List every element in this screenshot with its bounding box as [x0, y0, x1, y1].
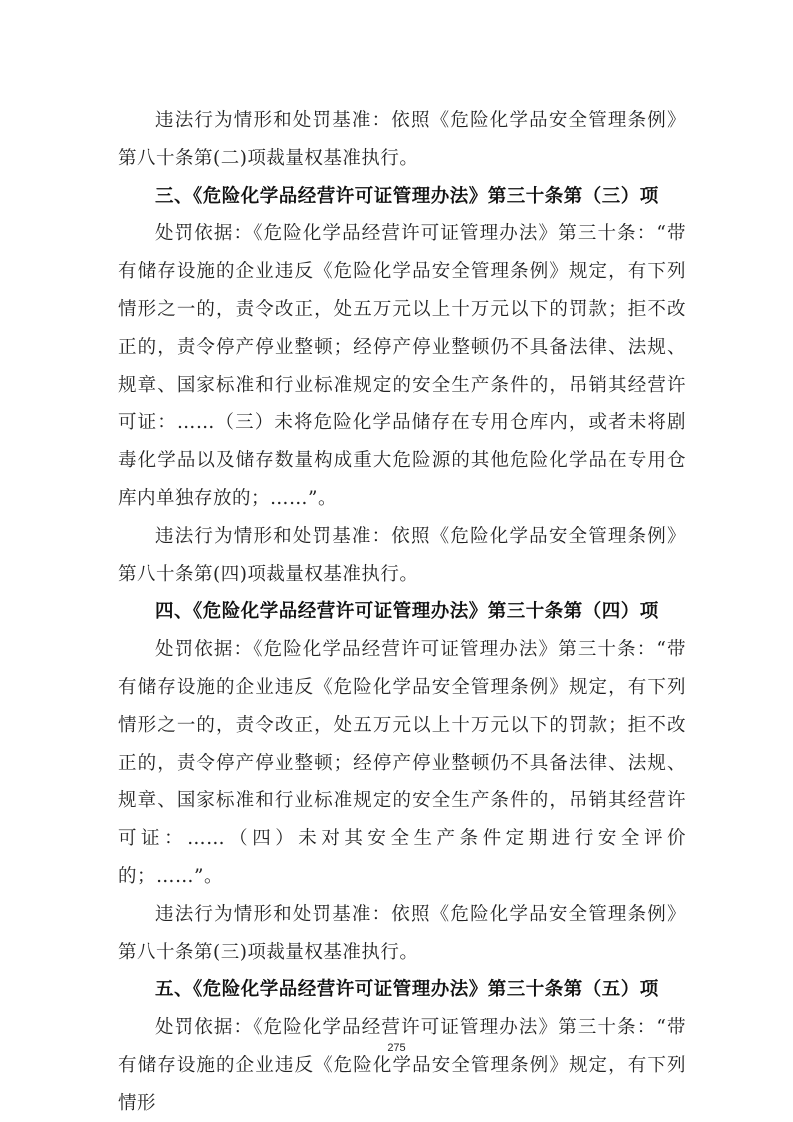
penalty-basis-paragraph: 处罚依据：《危险化学品经营许可证管理办法》第三十条：“带有储存设施的企业违反《危…	[118, 215, 686, 517]
penalty-standard-paragraph: 违法行为情形和处罚基准：依照《危险化学品安全管理条例》第八十条第(二)项裁量权基…	[118, 102, 686, 178]
penalty-basis-paragraph: 处罚依据：《危险化学品经营许可证管理办法》第三十条：“带有储存设施的企业违反《危…	[118, 1009, 686, 1122]
penalty-standard-paragraph: 违法行为情形和处罚基准：依照《危险化学品安全管理条例》第八十条第(三)项裁量权基…	[118, 896, 686, 972]
page-number: 275	[0, 1042, 793, 1054]
section-heading-5: 五、《危险化学品经营许可证管理办法》第三十条第（五）项	[118, 971, 686, 1009]
section-heading-4: 四、《危险化学品经营许可证管理办法》第三十条第（四）项	[118, 593, 686, 631]
penalty-standard-paragraph: 违法行为情形和处罚基准：依照《危险化学品安全管理条例》第八十条第(四)项裁量权基…	[118, 518, 686, 594]
document-page: 违法行为情形和处罚基准：依照《危险化学品安全管理条例》第八十条第(二)项裁量权基…	[0, 0, 793, 1122]
penalty-basis-paragraph: 处罚依据：《危险化学品经营许可证管理办法》第三十条：“带有储存设施的企业违反《危…	[118, 631, 686, 896]
section-heading-3: 三、《危险化学品经营许可证管理办法》第三十条第（三）项	[118, 178, 686, 216]
page-content: 违法行为情形和处罚基准：依照《危险化学品安全管理条例》第八十条第(二)项裁量权基…	[118, 102, 686, 1122]
